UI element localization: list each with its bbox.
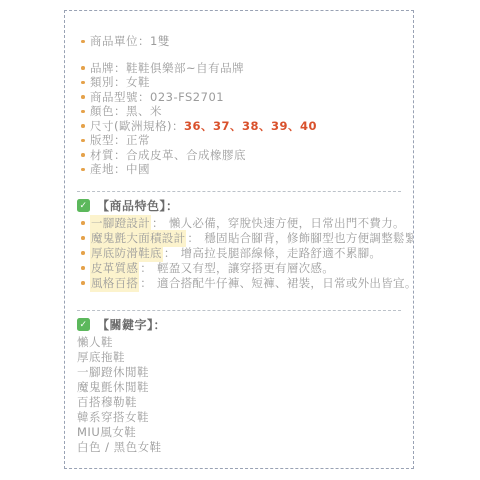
spec-row-category: 類別：女鞋 — [77, 75, 401, 90]
feature-row: 魔鬼氈大面積設計：穩固貼合腳背，修飾腳型也方便調整鬆緊。 — [77, 231, 401, 246]
spec-row-unit: 商品單位：1雙 — [77, 34, 401, 49]
feature-row: 厚底防滑鞋底：增高拉長腿部線條，走路舒適不累腳。 — [77, 246, 401, 261]
bullet-icon — [77, 124, 90, 128]
spec-value: 1雙 — [150, 33, 170, 49]
bullet-icon — [77, 110, 90, 114]
feature-row: 一腳蹬設計：懶人必備，穿脫快速方便，日常出門不費力。 — [77, 216, 401, 231]
feature-colon: ： — [140, 260, 152, 276]
feature-row: 風格百搭：適合搭配牛仔褲、短褲、裙裝，日常或外出皆宜。 — [77, 276, 401, 291]
spec-label: 商品單位： — [90, 33, 150, 49]
spec-row-sizes: 尺寸(歐洲規格)：36、37、38、39、40 — [77, 119, 401, 134]
feature-colon: ： — [140, 275, 152, 291]
feature-colon: ： — [164, 245, 176, 261]
bullet-icon — [77, 236, 90, 240]
keyword-item: 魔鬼氈休閒鞋 — [77, 380, 401, 395]
spec-value: 中國 — [126, 161, 150, 177]
keywords-title-text: 【關鍵字】： — [97, 316, 166, 333]
spec-value-sizes: 36、37、38、39、40 — [184, 118, 317, 134]
features-section-title: ✓ 【商品特色】： — [77, 198, 401, 214]
spec-list: 商品單位：1雙 品牌：鞋鞋俱樂部~自有品牌 類別：女鞋 商品型號：023-FS2… — [77, 34, 401, 177]
keyword-item: 懶人鞋 — [77, 335, 401, 350]
bullet-icon — [77, 66, 90, 70]
spec-row-material: 材質：合成皮革、合成橡膠底 — [77, 148, 401, 163]
feature-colon: ： — [187, 230, 199, 246]
spec-row-fit: 版型：正常 — [77, 133, 401, 148]
green-check-icon: ✓ — [77, 199, 90, 212]
bullet-icon — [77, 221, 90, 225]
bullet-icon — [77, 81, 90, 85]
feature-desc: 增高拉長腿部線條，走路舒適不累腳。 — [181, 245, 382, 261]
green-check-icon: ✓ — [77, 318, 90, 331]
bullet-icon — [77, 281, 90, 285]
bullet-icon — [77, 40, 90, 44]
features-title-text: 【商品特色】： — [97, 197, 179, 214]
section-separator — [77, 191, 401, 192]
feature-row: 皮革質感：輕盈又有型，讓穿搭更有層次感。 — [77, 261, 401, 276]
section-separator — [77, 310, 401, 311]
bullet-icon — [77, 251, 90, 255]
bullet-icon — [77, 95, 90, 99]
feature-list: 一腳蹬設計：懶人必備，穿脫快速方便，日常出門不費力。 魔鬼氈大面積設計：穩固貼合… — [77, 216, 401, 291]
spec-row-model: 商品型號：023-FS2701 — [77, 90, 401, 105]
feature-keyword-highlight: 風格百搭 — [90, 275, 139, 292]
keyword-list: 懶人鞋 厚底拖鞋 一腳蹬休閒鞋 魔鬼氈休閒鞋 百搭穆勒鞋 韓系穿搭女鞋 MIU風… — [77, 335, 401, 455]
feature-desc: 適合搭配牛仔褲、短褲、裙裝，日常或外出皆宜。 — [157, 275, 414, 291]
keyword-item: 一腳蹬休閒鞋 — [77, 365, 401, 380]
product-description-panel: 商品單位：1雙 品牌：鞋鞋俱樂部~自有品牌 類別：女鞋 商品型號：023-FS2… — [64, 10, 414, 469]
keyword-item: 厚底拖鞋 — [77, 350, 401, 365]
feature-desc: 穩固貼合腳背，修飾腳型也方便調整鬆緊。 — [204, 230, 414, 246]
keyword-item: 百搭穆勒鞋 — [77, 395, 401, 410]
keyword-item: MIU風女鞋 — [77, 425, 401, 440]
keyword-item: 韓系穿搭女鞋 — [77, 410, 401, 425]
spec-value: 023-FS2701 — [150, 90, 224, 104]
keywords-section-title: ✓ 【關鍵字】： — [77, 317, 401, 333]
bullet-icon — [77, 139, 90, 143]
feature-desc: 懶人必備，穿脫快速方便，日常出門不費力。 — [169, 215, 405, 231]
bullet-icon — [77, 168, 90, 172]
spec-row-brand: 品牌：鞋鞋俱樂部~自有品牌 — [77, 61, 401, 76]
bullet-icon — [77, 153, 90, 157]
spec-label: 產地： — [90, 161, 126, 177]
feature-desc: 輕盈又有型，讓穿搭更有層次感。 — [157, 260, 334, 276]
bullet-icon — [77, 266, 90, 270]
spec-row-origin: 產地：中國 — [77, 162, 401, 177]
keyword-item: 白色 / 黑色女鞋 — [77, 440, 401, 455]
spec-row-color: 顏色：黑、米 — [77, 104, 401, 119]
